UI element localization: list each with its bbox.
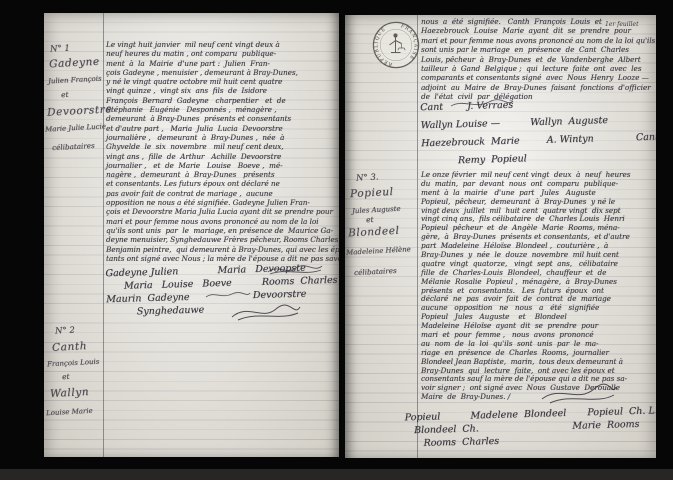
- margin-act3-bride-given: Madeleine Hélène: [346, 245, 411, 256]
- act1-text-block: Le vingt huit janvier mil neuf cent ving…: [106, 41, 336, 264]
- right-page-margin-rule: [417, 15, 418, 458]
- margin-act1-status: célibataires: [52, 141, 95, 152]
- margin-act2-groom-given: François Louis: [47, 358, 100, 369]
- margin-act3-number: N° 3.: [356, 172, 379, 183]
- margin-act1-conjunction: et: [61, 90, 69, 99]
- margin-act3-groom-given: Jules Auguste: [352, 205, 401, 216]
- margin-act2-groom-surname: Canth: [52, 340, 88, 354]
- register-left-page: N° 1 Gadeyne Julien François et Devoorst…: [44, 13, 339, 457]
- margin-act1-number: N° 1: [50, 43, 70, 54]
- act2-signature-block: Cant J. VerraesWallyn Louise — Wallyn Au…: [420, 96, 654, 174]
- republique-francaise-stamp-icon: RÉPUBLIQUE FRANÇAISE: [372, 21, 420, 69]
- margin-act3-groom-surname: Popieul: [350, 186, 394, 200]
- margin-act3-conjunction: et: [366, 215, 374, 224]
- scan-bottom-edge: [0, 469, 673, 480]
- act2-continuation-block: nous a été signifiée. Canth François Lou…: [421, 18, 653, 103]
- margin-act3-bride-surname: Blondeel: [348, 225, 400, 240]
- margin-act3-status: célibataires: [354, 266, 397, 277]
- act3-signature-block: Popieul Madelene Blondeel Popieul Ch. L.…: [405, 406, 650, 452]
- margin-act2-number: N° 2: [55, 325, 75, 336]
- register-right-page: 1er feuillet RÉPUBLIQUE FRANÇAISE N° 3.: [345, 15, 656, 458]
- act3-text-block: Le onze février mil neuf cent vingt deux…: [421, 171, 655, 402]
- margin-act2-conjunction: et: [62, 372, 70, 381]
- register-scan: N° 1 Gadeyne Julien François et Devoorst…: [0, 0, 673, 480]
- left-page-margin-rule: [103, 13, 104, 457]
- margin-act1-bride-given: Marie Julie Lucie: [45, 122, 106, 133]
- margin-act1-groom-given: Julien François: [48, 75, 102, 86]
- margin-act1-groom-surname: Gadeyne: [49, 56, 100, 71]
- act3-line: Maire de Bray-Dunes. /: [421, 393, 655, 402]
- act1-signature-block: Gadeyne Julien Maria Devoopste Maria Lou…: [105, 262, 336, 320]
- margin-act2-bride-surname: Wallyn: [50, 386, 90, 400]
- margin-act2-bride-given: Louise Marie: [46, 407, 93, 417]
